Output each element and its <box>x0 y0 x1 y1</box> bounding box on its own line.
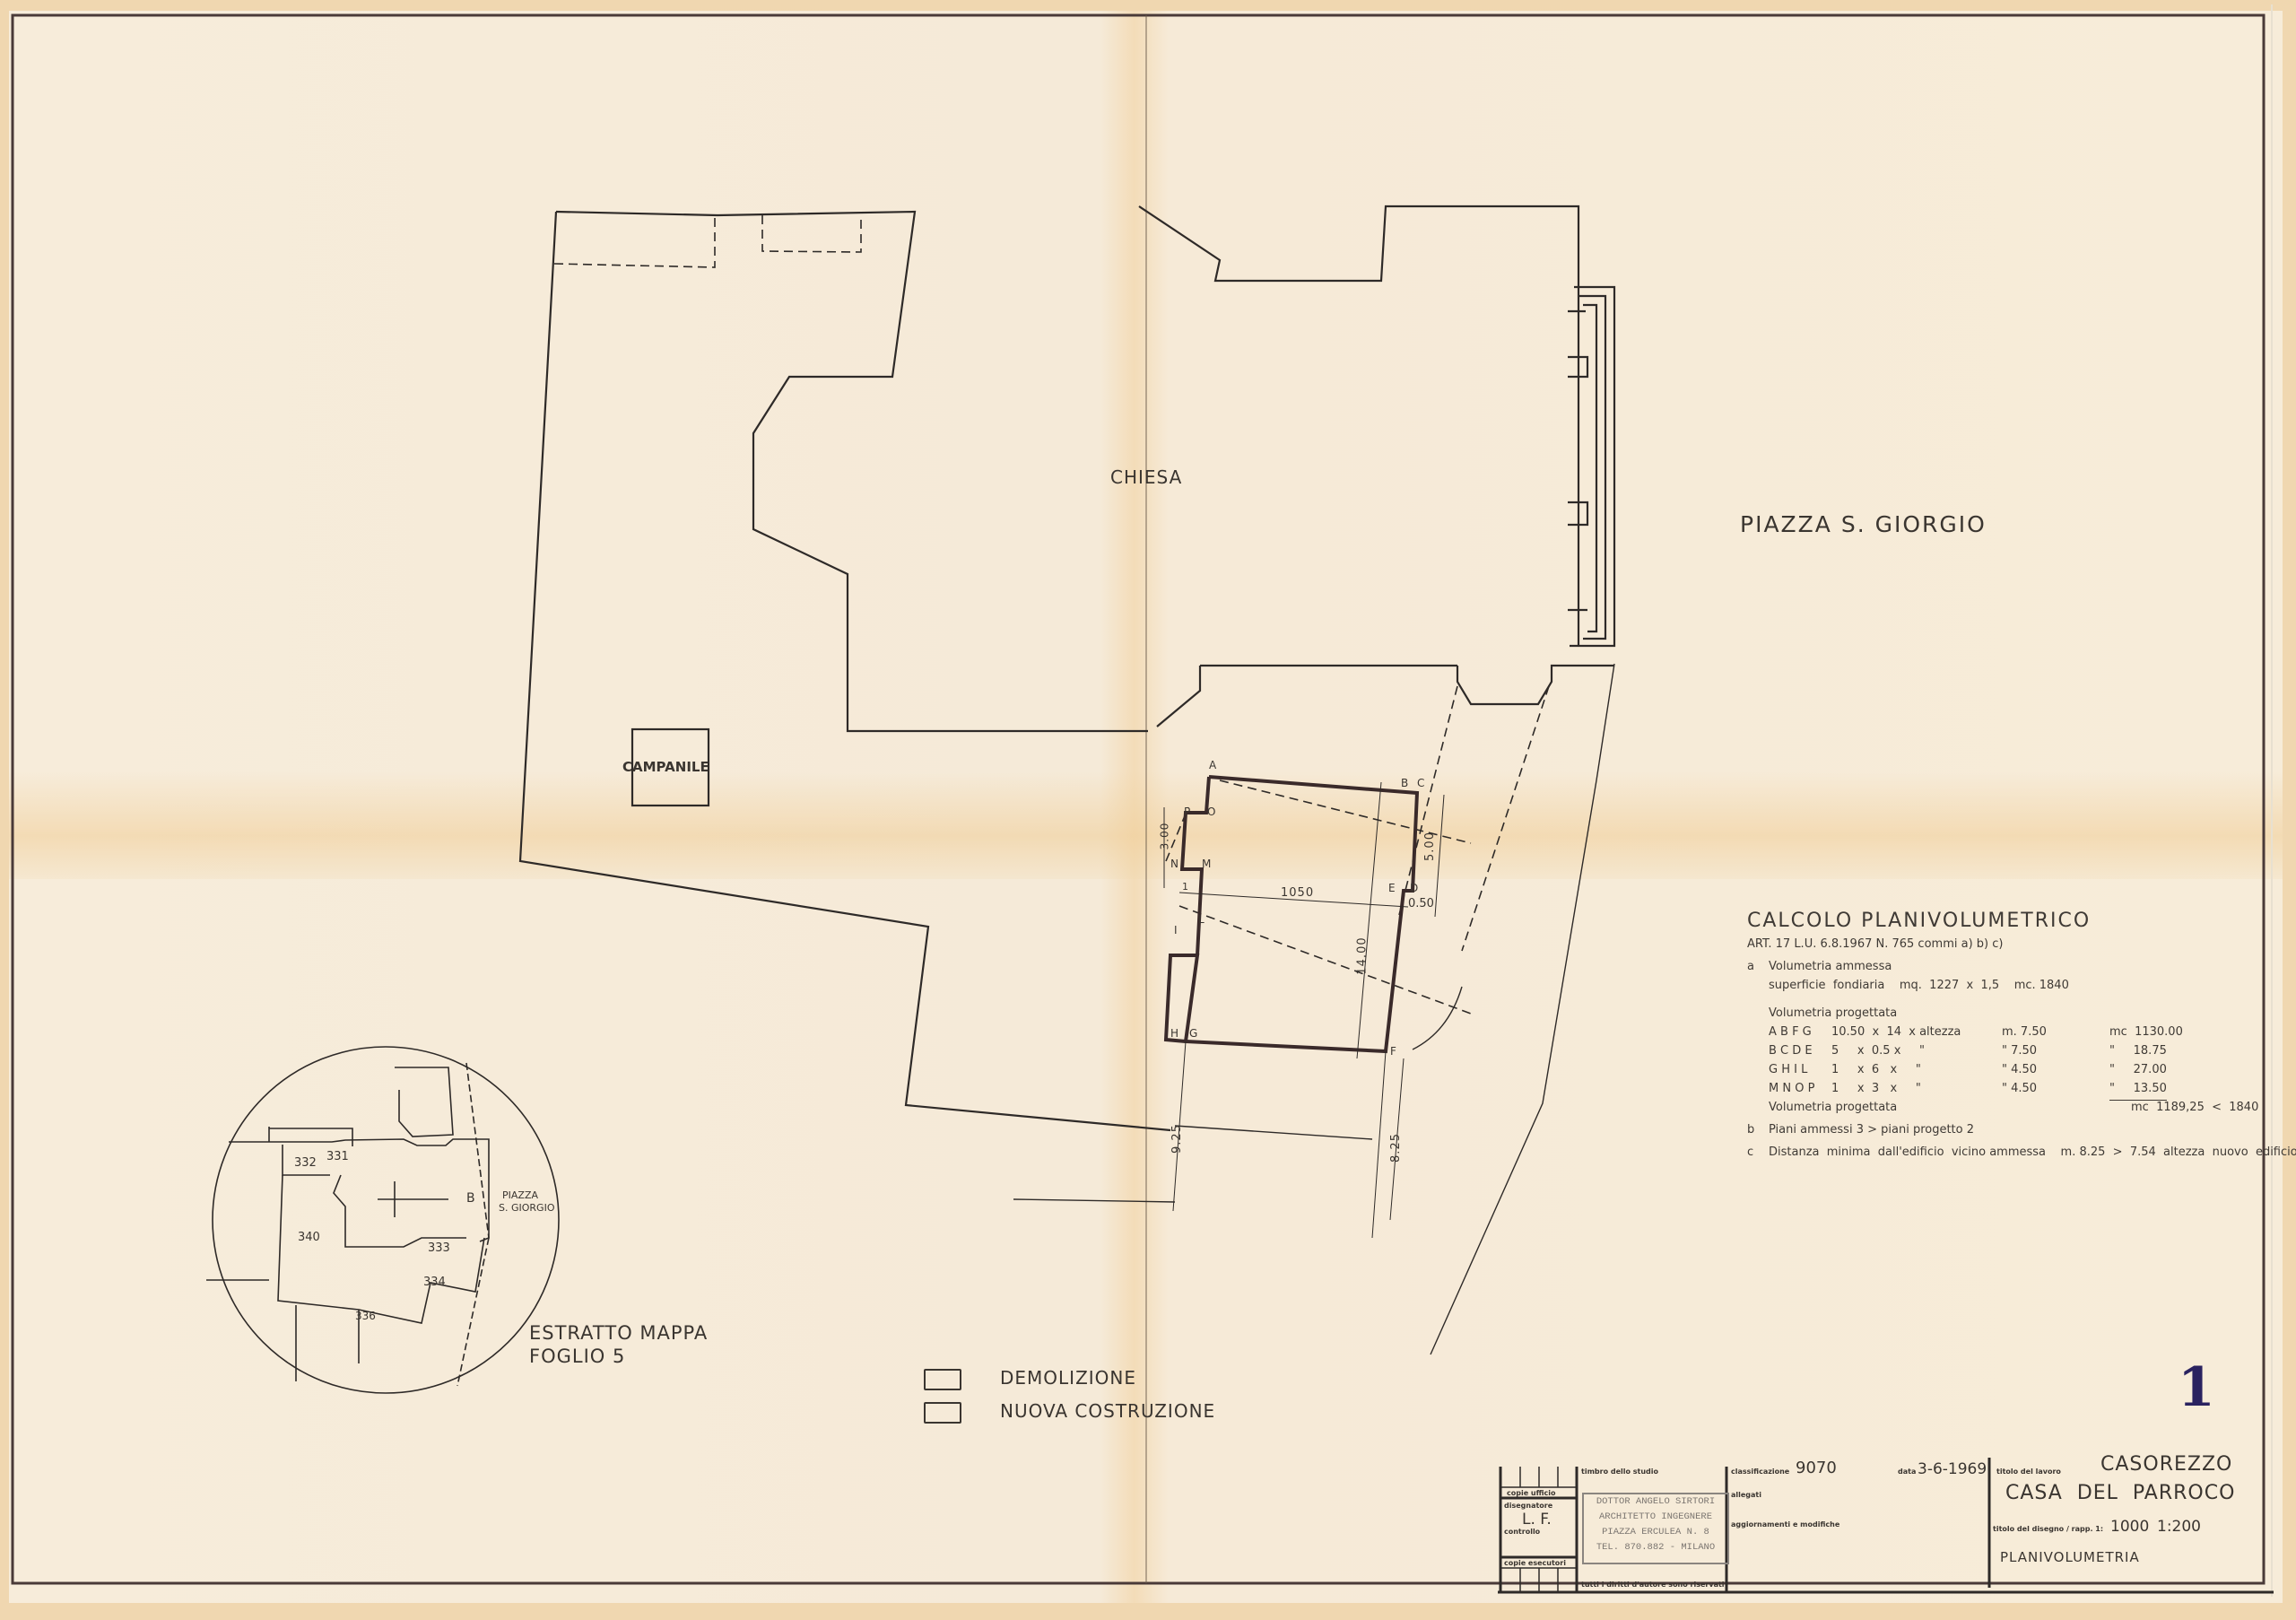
dim-distance-left: 9.25 <box>1170 1124 1184 1154</box>
dim-op: 3.00 <box>1158 823 1170 850</box>
parcel-334: 334 <box>423 1276 446 1289</box>
calc-title: CALCOLO PLANIVOLUMETRICO <box>1747 910 2296 932</box>
titolo-disegno-label: titolo del disegno / rapp. 1: <box>1993 1525 2103 1533</box>
point-o: O <box>1207 806 1216 818</box>
calc-row: A B F G10.50 x 14 x altezzam. 7.50mc 113… <box>1747 1025 2296 1044</box>
map-extract-circle <box>206 1047 559 1393</box>
titolo-disegno-value: PLANIVOLUMETRIA <box>2000 1549 2140 1565</box>
legend-label-demolizione: DEMOLIZIONE <box>1000 1367 1136 1389</box>
calc-total-label: Volumetria progettata <box>1769 1101 2023 1119</box>
parcel-332: 332 <box>294 1156 317 1170</box>
dim-depth: 14.00 <box>1356 936 1370 974</box>
dim-de-offset: 0.50 <box>1408 897 1434 910</box>
piazza-label: PIAZZA S. GIORGIO <box>1740 511 1987 537</box>
data-value: 3-6-1969 <box>1918 1460 1987 1478</box>
classificazione-value: 9070 <box>1796 1459 1837 1477</box>
sheet-border <box>13 15 2264 1583</box>
studio-stamp: DOTTOR ANGELO SIRTORI ARCHITETTO INGEGNE… <box>1582 1493 1729 1564</box>
data-label: data <box>1898 1468 1916 1476</box>
map-marker-b: B <box>466 1191 476 1206</box>
point-f: F <box>1390 1045 1397 1058</box>
calc-reference: ART. 17 L.U. 6.8.1967 N. 765 commi a) b)… <box>1747 937 2296 951</box>
disegnatore-label: disegnatore <box>1504 1502 1552 1510</box>
scale-200: 1:200 <box>2157 1518 2201 1536</box>
legend-label-nuova-costruzione: NUOVA COSTRUZIONE <box>1000 1400 1215 1422</box>
calc-row: B C D E5 x 0.5 x "" 7.50" 18.75 <box>1747 1044 2296 1063</box>
allegati-label: allegati <box>1731 1491 1761 1499</box>
titolo-lavoro-label: titolo del lavoro <box>1996 1468 2061 1476</box>
calc-b-text: Piani ammessi 3 > piani progetto 2 <box>1769 1123 1974 1142</box>
point-b: B <box>1401 777 1409 789</box>
point-a: A <box>1209 759 1217 771</box>
point-d: D <box>1410 882 1419 894</box>
scale-1000: 1000 <box>2110 1518 2149 1536</box>
dim-il: 1 <box>1182 881 1189 893</box>
calc-proj-title: Volumetria progettata <box>1769 1006 1897 1025</box>
legend-swatch-nuova-costruzione <box>924 1402 961 1424</box>
calc-row: M N O P1 x 3 x "" 4.50" 13.50 <box>1747 1082 2296 1101</box>
classificazione-label: classificazione <box>1731 1468 1789 1476</box>
campanile-label: CAMPANILE <box>622 759 709 775</box>
aggiornamenti-label: aggiornamenti e modifiche <box>1731 1520 1839 1529</box>
copie-ufficio-label: copie ufficio <box>1507 1489 1556 1497</box>
point-g: G <box>1189 1027 1198 1040</box>
point-l: L <box>1198 913 1205 926</box>
disegnatore-value: L. F. <box>1522 1511 1552 1529</box>
point-i: I <box>1174 924 1178 936</box>
map-piazza-line2: S. GIORGIO <box>499 1202 554 1214</box>
map-piazza-line1: PIAZZA <box>502 1189 538 1201</box>
point-n: N <box>1170 858 1179 870</box>
titolo-lavoro-line2: CASA DEL PARROCO <box>2005 1482 2235 1504</box>
sheet-number: 1 <box>2178 1356 2215 1419</box>
dim-bc-de: 5.00 <box>1423 832 1437 861</box>
parcel-340: 340 <box>298 1231 320 1244</box>
calc-a-letter: a <box>1747 960 1769 979</box>
point-m: M <box>1202 858 1212 870</box>
dim-distance-right: 8.25 <box>1389 1133 1403 1163</box>
site-plan-drawing <box>0 0 2296 1620</box>
point-h: H <box>1170 1027 1179 1040</box>
chiesa-label: CHIESA <box>1110 466 1182 488</box>
map-extract-sheet: FOGLIO 5 <box>529 1346 625 1367</box>
parcel-331: 331 <box>326 1150 349 1163</box>
copie-esecutori-label: copie esecutori <box>1504 1559 1566 1567</box>
parcel-336: 336 <box>355 1310 376 1322</box>
calc-a-line: superficie fondiaria mq. 1227 x 1,5 mc. … <box>1769 979 2069 997</box>
legend-swatch-demolizione <box>924 1369 961 1390</box>
calc-total-value: mc 1189,25 < 1840 <box>2131 1101 2258 1119</box>
rights-label: tutti i diritti d'autore sono riservati <box>1581 1581 1725 1589</box>
timbro-label: timbro dello studio <box>1581 1468 1658 1476</box>
parcel-333: 333 <box>428 1241 450 1255</box>
calc-row: G H I L1 x 6 x "" 4.50" 27.00 <box>1747 1063 2296 1082</box>
controllo-label: controllo <box>1504 1528 1540 1536</box>
point-p: P <box>1184 806 1191 818</box>
point-e: E <box>1388 882 1396 894</box>
point-c: C <box>1417 777 1425 789</box>
calc-block: CALCOLO PLANIVOLUMETRICO ART. 17 L.U. 6.… <box>1747 910 2296 1164</box>
dim-width: 1050 <box>1281 886 1314 900</box>
titolo-lavoro-line1: CASOREZZO <box>2100 1453 2232 1476</box>
church-outline <box>520 206 1614 1130</box>
calc-a-title: Volumetria ammessa <box>1769 960 1892 979</box>
calc-c-text: Distanza minima dall'edificio vicino amm… <box>1769 1145 2296 1164</box>
map-extract-title: ESTRATTO MAPPA <box>529 1322 708 1344</box>
